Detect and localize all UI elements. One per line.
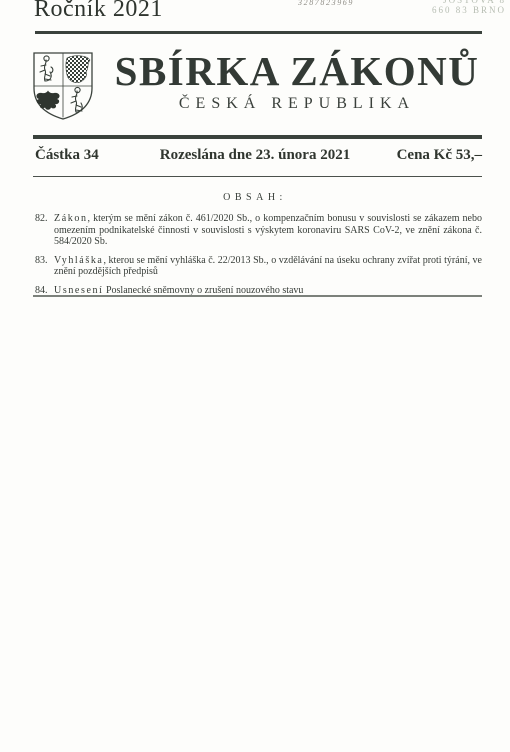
item-text: , kterou se mění vyhláška č. 22/2013 Sb.… [54, 255, 482, 278]
top-rule [35, 31, 482, 34]
item-text: , kterým se mění zákon č. 461/2020 Sb., … [54, 213, 482, 247]
address-stamp-line2: 660 83 BRNO [432, 5, 506, 15]
masthead: SBÍRKA ZÁKONŮ ČESKÁ REPUBLIKA [0, 48, 510, 128]
item-number: 82. [35, 213, 48, 225]
issue-bar-rule [33, 176, 482, 177]
masthead-rule [33, 135, 482, 139]
contents-list: 82.Zákon, kterým se mění zákon č. 461/20… [35, 213, 482, 304]
gazette-subtitle: ČESKÁ REPUBLIKA [96, 95, 498, 113]
contents-end-rule [33, 295, 482, 297]
item-lead-word: Vyhláška [54, 255, 103, 266]
address-stamp: JOŠTOVA 8 660 83 BRNO [432, 0, 506, 15]
contents-item-82: 82.Zákon, kterým se mění zákon č. 461/20… [35, 213, 482, 248]
contents-item-83: 83.Vyhláška, kterou se mění vyhláška č. … [35, 255, 482, 278]
masthead-text: SBÍRKA ZÁKONŮ ČESKÁ REPUBLIKA [96, 48, 498, 113]
serial-number: 3287823969 [298, 0, 354, 7]
issue-bar: Částka 34 Rozeslána dne 23. února 2021 C… [0, 147, 510, 165]
contents-heading: OBSAH: [0, 192, 510, 203]
gazette-title: SBÍRKA ZÁKONŮ [96, 48, 498, 94]
gazette-cover-page: Ročník 2021 3287823969 JOŠTOVA 8 660 83 … [0, 0, 510, 752]
volume-year: Ročník 2021 [34, 0, 163, 23]
item-number: 83. [35, 255, 48, 267]
coat-of-arms-icon [30, 50, 96, 127]
price: Cena Kč 53,– [397, 147, 482, 164]
item-lead-word: Zákon [54, 213, 88, 224]
